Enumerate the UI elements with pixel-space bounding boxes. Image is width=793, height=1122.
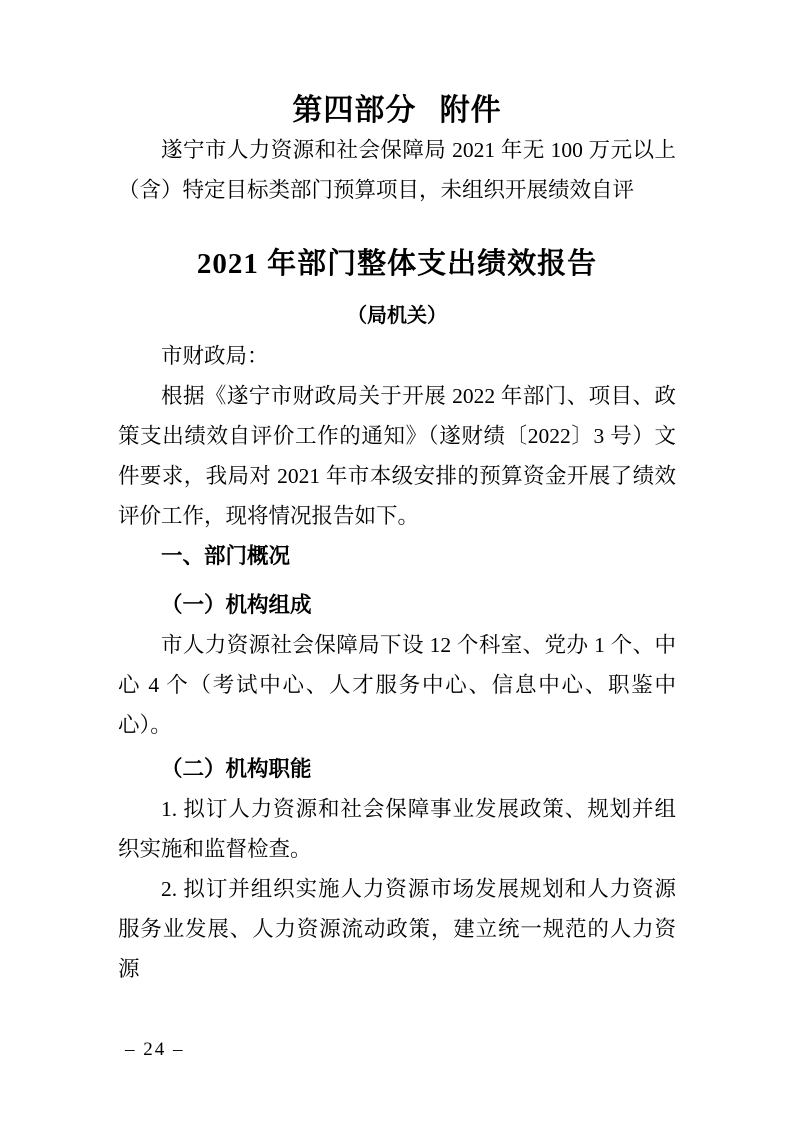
part-heading: 第四部分 附件 <box>118 92 676 130</box>
document-content: 第四部分 附件 遂宁市人力资源和社会保障局 2021 年无 100 万元以上（含… <box>118 0 676 989</box>
section-1-2-item-2: 2. 拟订并组织实施人力资源市场发展规划和人力资源服务业发展、人力资源流动政策，… <box>118 869 676 989</box>
section-1-1-heading: （一）机构组成 <box>118 585 676 625</box>
document-page: 第四部分 附件 遂宁市人力资源和社会保障局 2021 年无 100 万元以上（含… <box>0 0 793 1122</box>
addressee-line: 市财政局： <box>118 336 676 376</box>
page-number: – 24 – <box>125 1038 185 1062</box>
section-1-heading: 一、部门概况 <box>118 536 676 576</box>
report-title: 2021 年部门整体支出绩效报告 <box>118 244 676 284</box>
opening-paragraph: 根据《遂宁市财政局关于开展 2022 年部门、项目、政策支出绩效自评价工作的通知… <box>118 376 676 536</box>
section-1-1-paragraph: 市人力资源社会保障局下设 12 个科室、党办 1 个、中心 4 个（考试中心、人… <box>118 625 676 745</box>
section-1-2-item-1: 1. 拟订人力资源和社会保障事业发展政策、规划并组织实施和监督检查。 <box>118 789 676 869</box>
section-1-2-heading: （二）机构职能 <box>118 749 676 789</box>
intro-paragraph: 遂宁市人力资源和社会保障局 2021 年无 100 万元以上（含）特定目标类部门… <box>118 130 676 210</box>
report-subtitle: （局机关） <box>118 296 676 336</box>
